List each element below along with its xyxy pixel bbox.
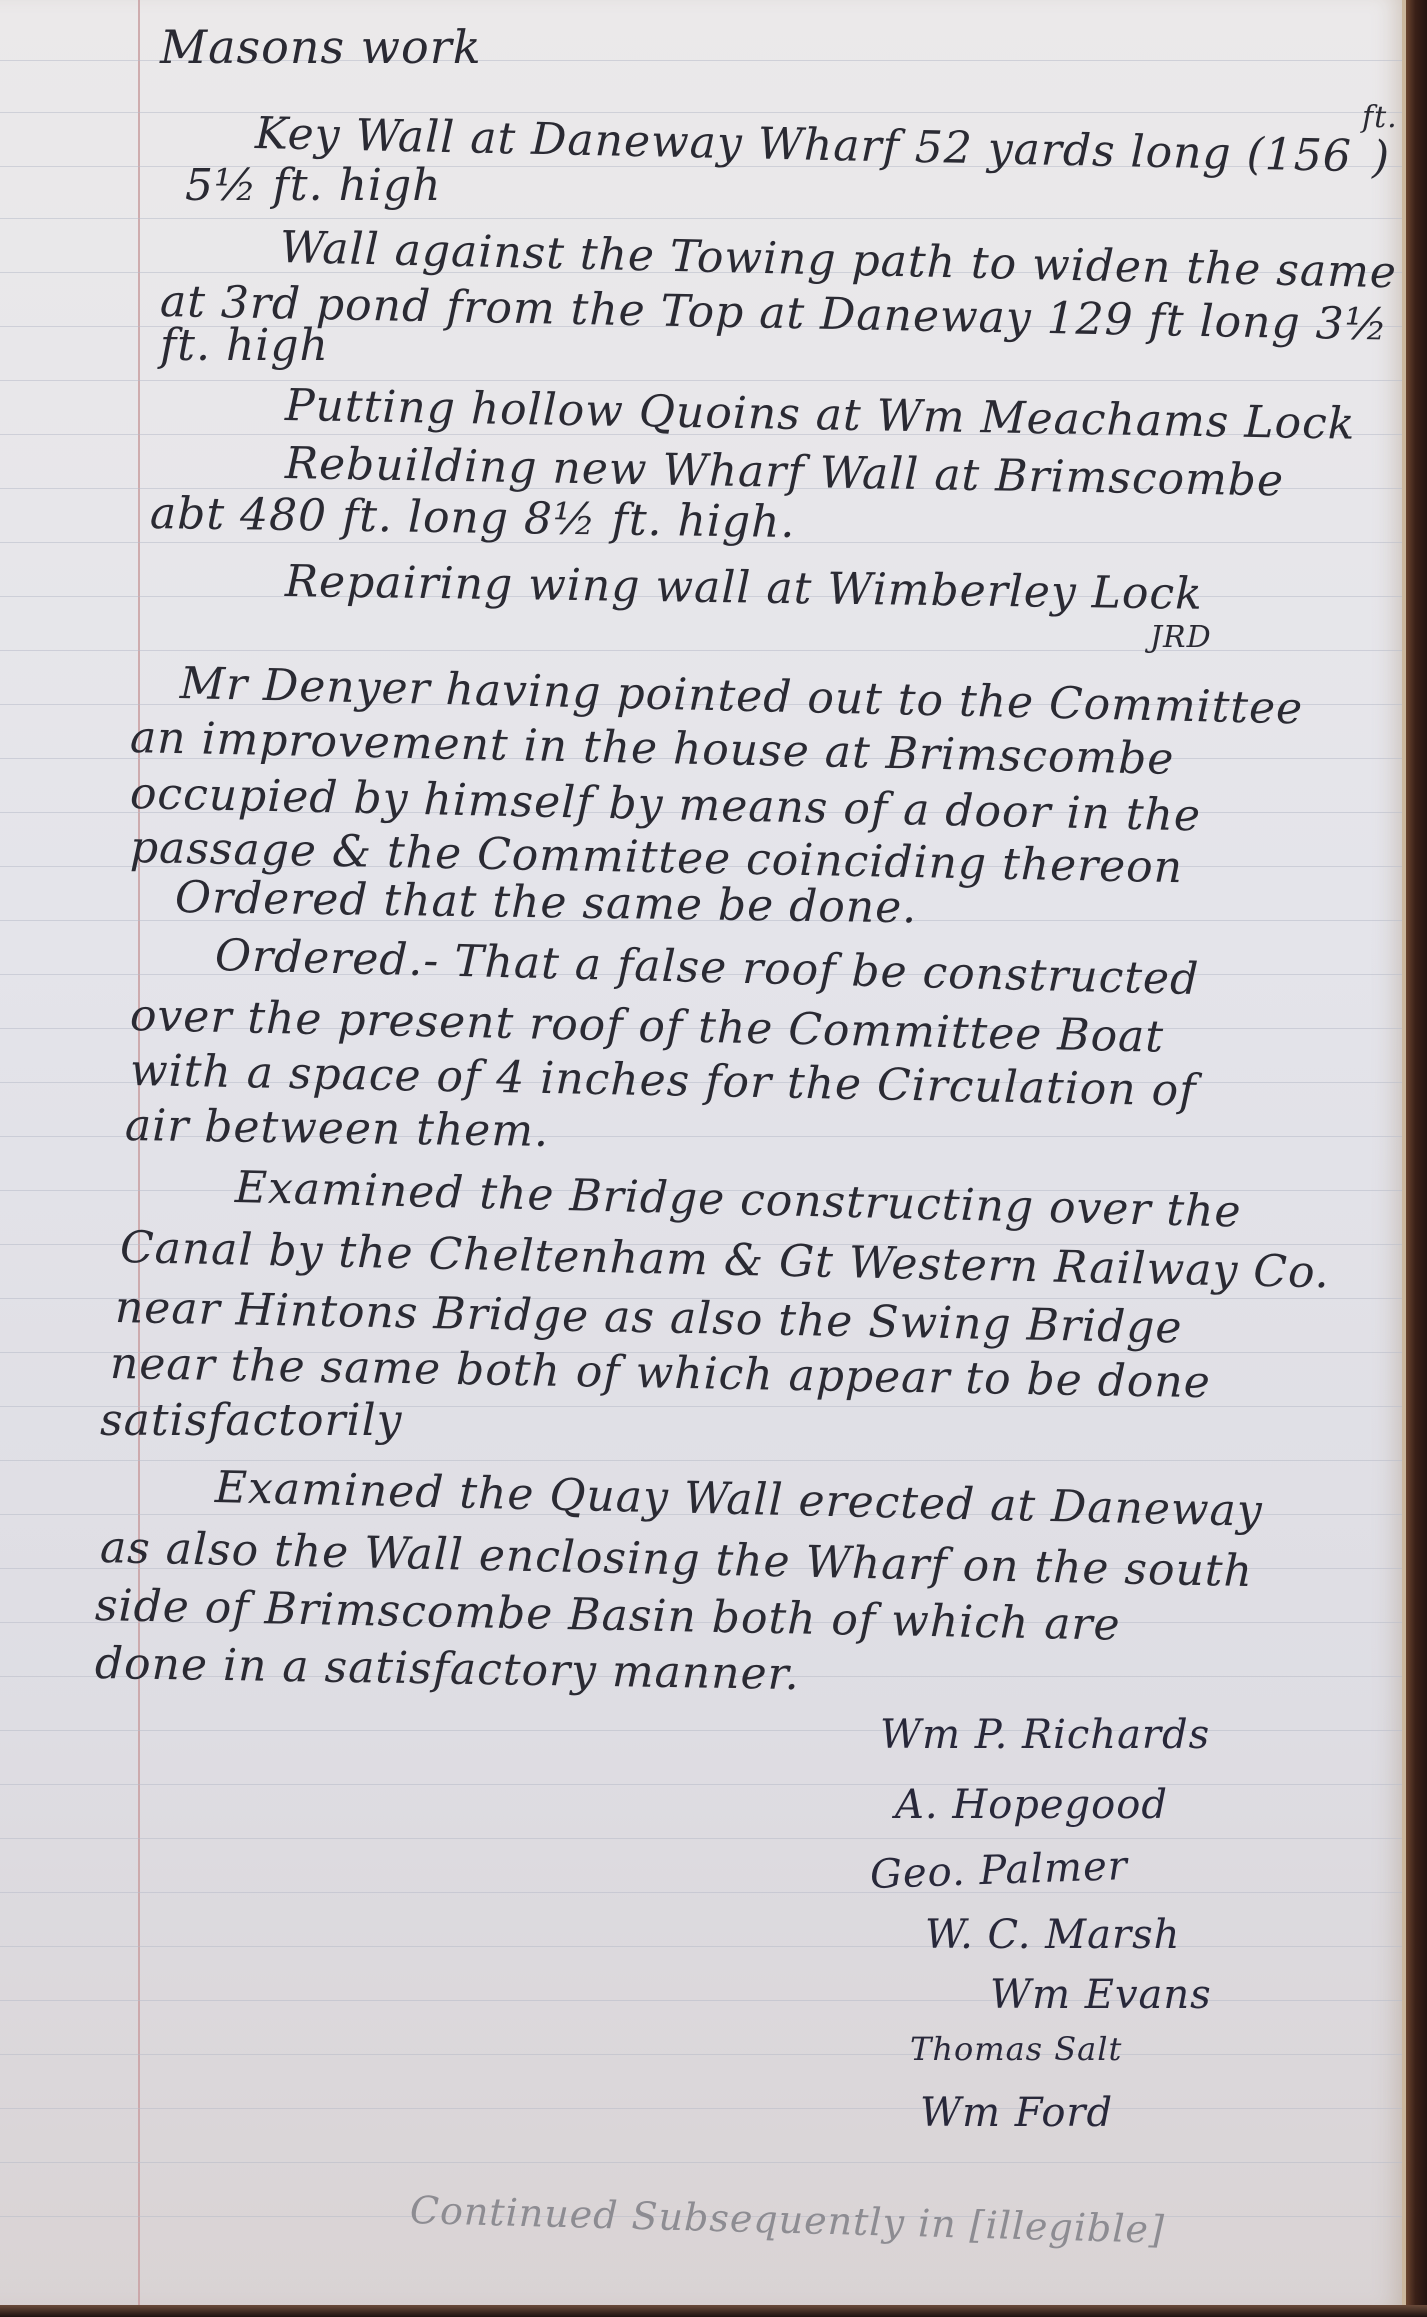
text-line: abt 480 ft. long 8½ ft. high. [150, 488, 796, 548]
page-bottom-edge [0, 2305, 1427, 2317]
ruled-line [0, 380, 1402, 381]
text-line: air between them. [125, 1100, 550, 1157]
signature: Wm Ford [920, 2090, 1113, 2136]
text-line: Examined the Bridge constructing over th… [234, 1162, 1242, 1238]
text-line: Repairing wing wall at Wimberley Lock [285, 556, 1203, 620]
signature: Geo. Palmer [869, 1843, 1128, 1898]
ruled-line [0, 112, 1402, 113]
marginal-ft-note: ft. [1362, 100, 1398, 135]
ruled-line [0, 2054, 1402, 2055]
text-line: Putting hollow Quoins at Wm Meachams Loc… [285, 380, 1356, 450]
ruled-line [0, 1892, 1402, 1893]
text-line: Examined the Quay Wall erected at Danewa… [214, 1462, 1263, 1537]
ruled-line [0, 1460, 1402, 1461]
section-heading: Masons work [160, 20, 482, 74]
book-binding [1406, 0, 1427, 2317]
pencil-note: Continued Subsequently in [illegible] [409, 2188, 1165, 2252]
signature: Wm Evans [990, 1972, 1212, 2018]
text-line: done in a satisfactory manner. [95, 1638, 801, 1700]
ledger-page: Masons work Key Wall at Daneway Wharf 52… [0, 0, 1406, 2305]
ruled-line [0, 1784, 1402, 1785]
marginal-paren: ) [1372, 132, 1390, 183]
signature: W. C. Marsh [925, 1912, 1180, 1958]
ruled-line [0, 2162, 1402, 2163]
text-line: satisfactorily [100, 1395, 403, 1446]
ruled-line [0, 1946, 1402, 1947]
ruled-line [0, 218, 1402, 219]
ruled-line [0, 1838, 1402, 1839]
text-line: Ordered that the same be done. [175, 872, 918, 933]
text-line: ft. high [160, 320, 329, 371]
text-line: Ordered.- That a false roof be construct… [214, 930, 1199, 1005]
marginal-initials: JRD [1150, 620, 1212, 655]
signature: Wm P. Richards [880, 1712, 1210, 1758]
text-line: 5½ ft. high [185, 160, 441, 211]
margin-rule [138, 0, 140, 2305]
ruled-line [0, 2108, 1402, 2109]
signature: Thomas Salt [910, 2030, 1122, 2068]
signature: A. Hopegood [895, 1782, 1168, 1828]
